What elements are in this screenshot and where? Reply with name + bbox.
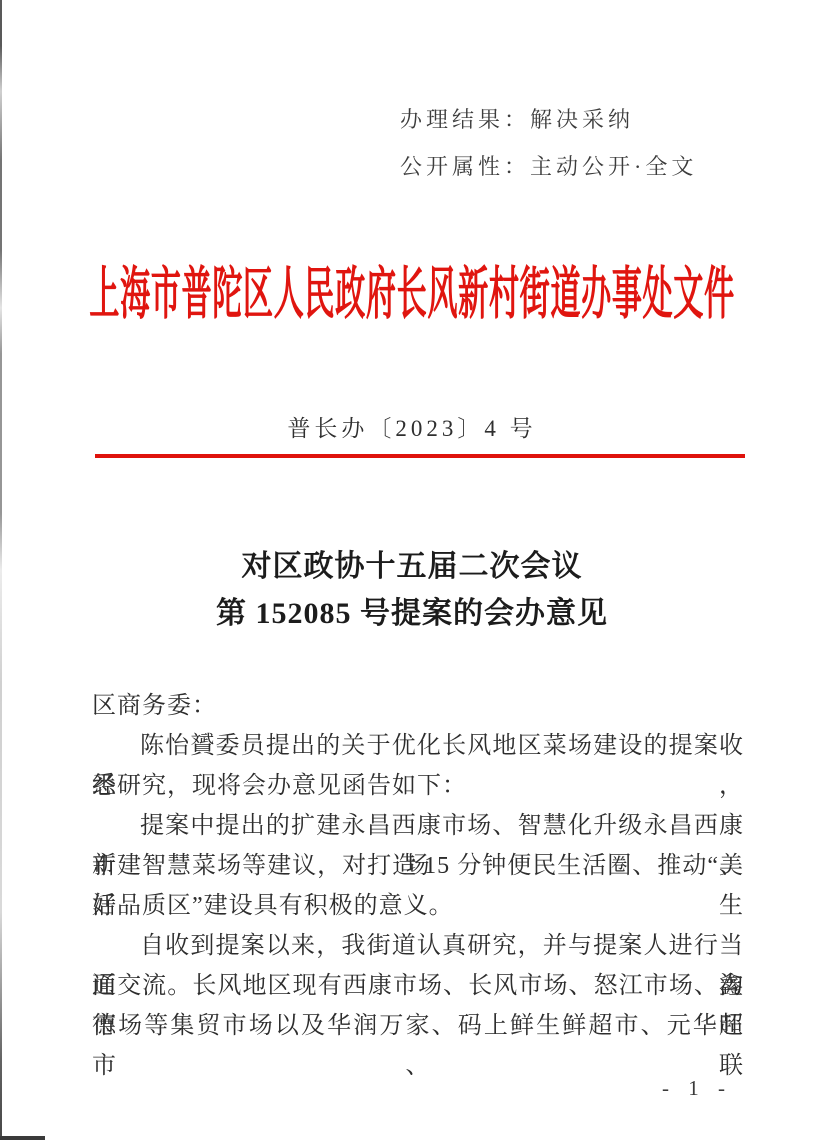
- salutation-line: 区商务委：: [92, 686, 744, 726]
- body-line: 自收到提案以来，我街道认真研究，并与提案人进行当面沟: [92, 926, 744, 966]
- document-title: 对区政协十五届二次会议 第 152085 号提案的会办意见: [0, 543, 824, 637]
- publicity-attribute-line: 公开属性：主动公开·全文: [400, 143, 697, 190]
- body-line: 市场等集贸市场以及华润万家、码上鲜生鲜超市、元华超市、联: [92, 1006, 744, 1046]
- red-separator-rule: [95, 454, 745, 458]
- body-line: 陈怡贇委员提出的关于优化长风地区菜场建设的提案收悉，: [92, 726, 744, 766]
- handling-result-line: 办理结果：解决采纳: [400, 96, 697, 143]
- document-number: 普长办〔2023〕4 号: [0, 410, 824, 443]
- document-title-line1: 对区政协十五届二次会议: [0, 543, 824, 590]
- document-page: 办理结果：解决采纳 公开属性：主动公开·全文 上海市普陀区人民政府长风新村街道办…: [0, 0, 824, 1140]
- body-line: 提案中提出的扩建永昌西康市场、智慧化升级永昌西康市场、: [92, 806, 744, 846]
- masthead: 上海市普陀区人民政府长风新村街道办事处文件: [0, 248, 824, 330]
- issuer-title: 上海市普陀区人民政府长风新村街道办事处文件: [89, 248, 735, 330]
- document-title-line2: 第 152085 号提案的会办意见: [0, 590, 824, 637]
- header-annotations: 办理结果：解决采纳 公开属性：主动公开·全文: [400, 96, 697, 190]
- body-line: 新建智慧菜场等建议，对打造 15 分钟便民生活圈、推动“美好生: [92, 846, 744, 886]
- scan-corner-mark: [0, 1136, 45, 1140]
- document-body: 区商务委： 陈怡贇委员提出的关于优化长风地区菜场建设的提案收悉， 经研究，现将会…: [92, 686, 744, 1046]
- body-line: 通交流。长风地区现有西康市场、长风市场、怒江市场、鑫德旺: [92, 966, 744, 1006]
- page-number: - 1 -: [662, 1076, 732, 1101]
